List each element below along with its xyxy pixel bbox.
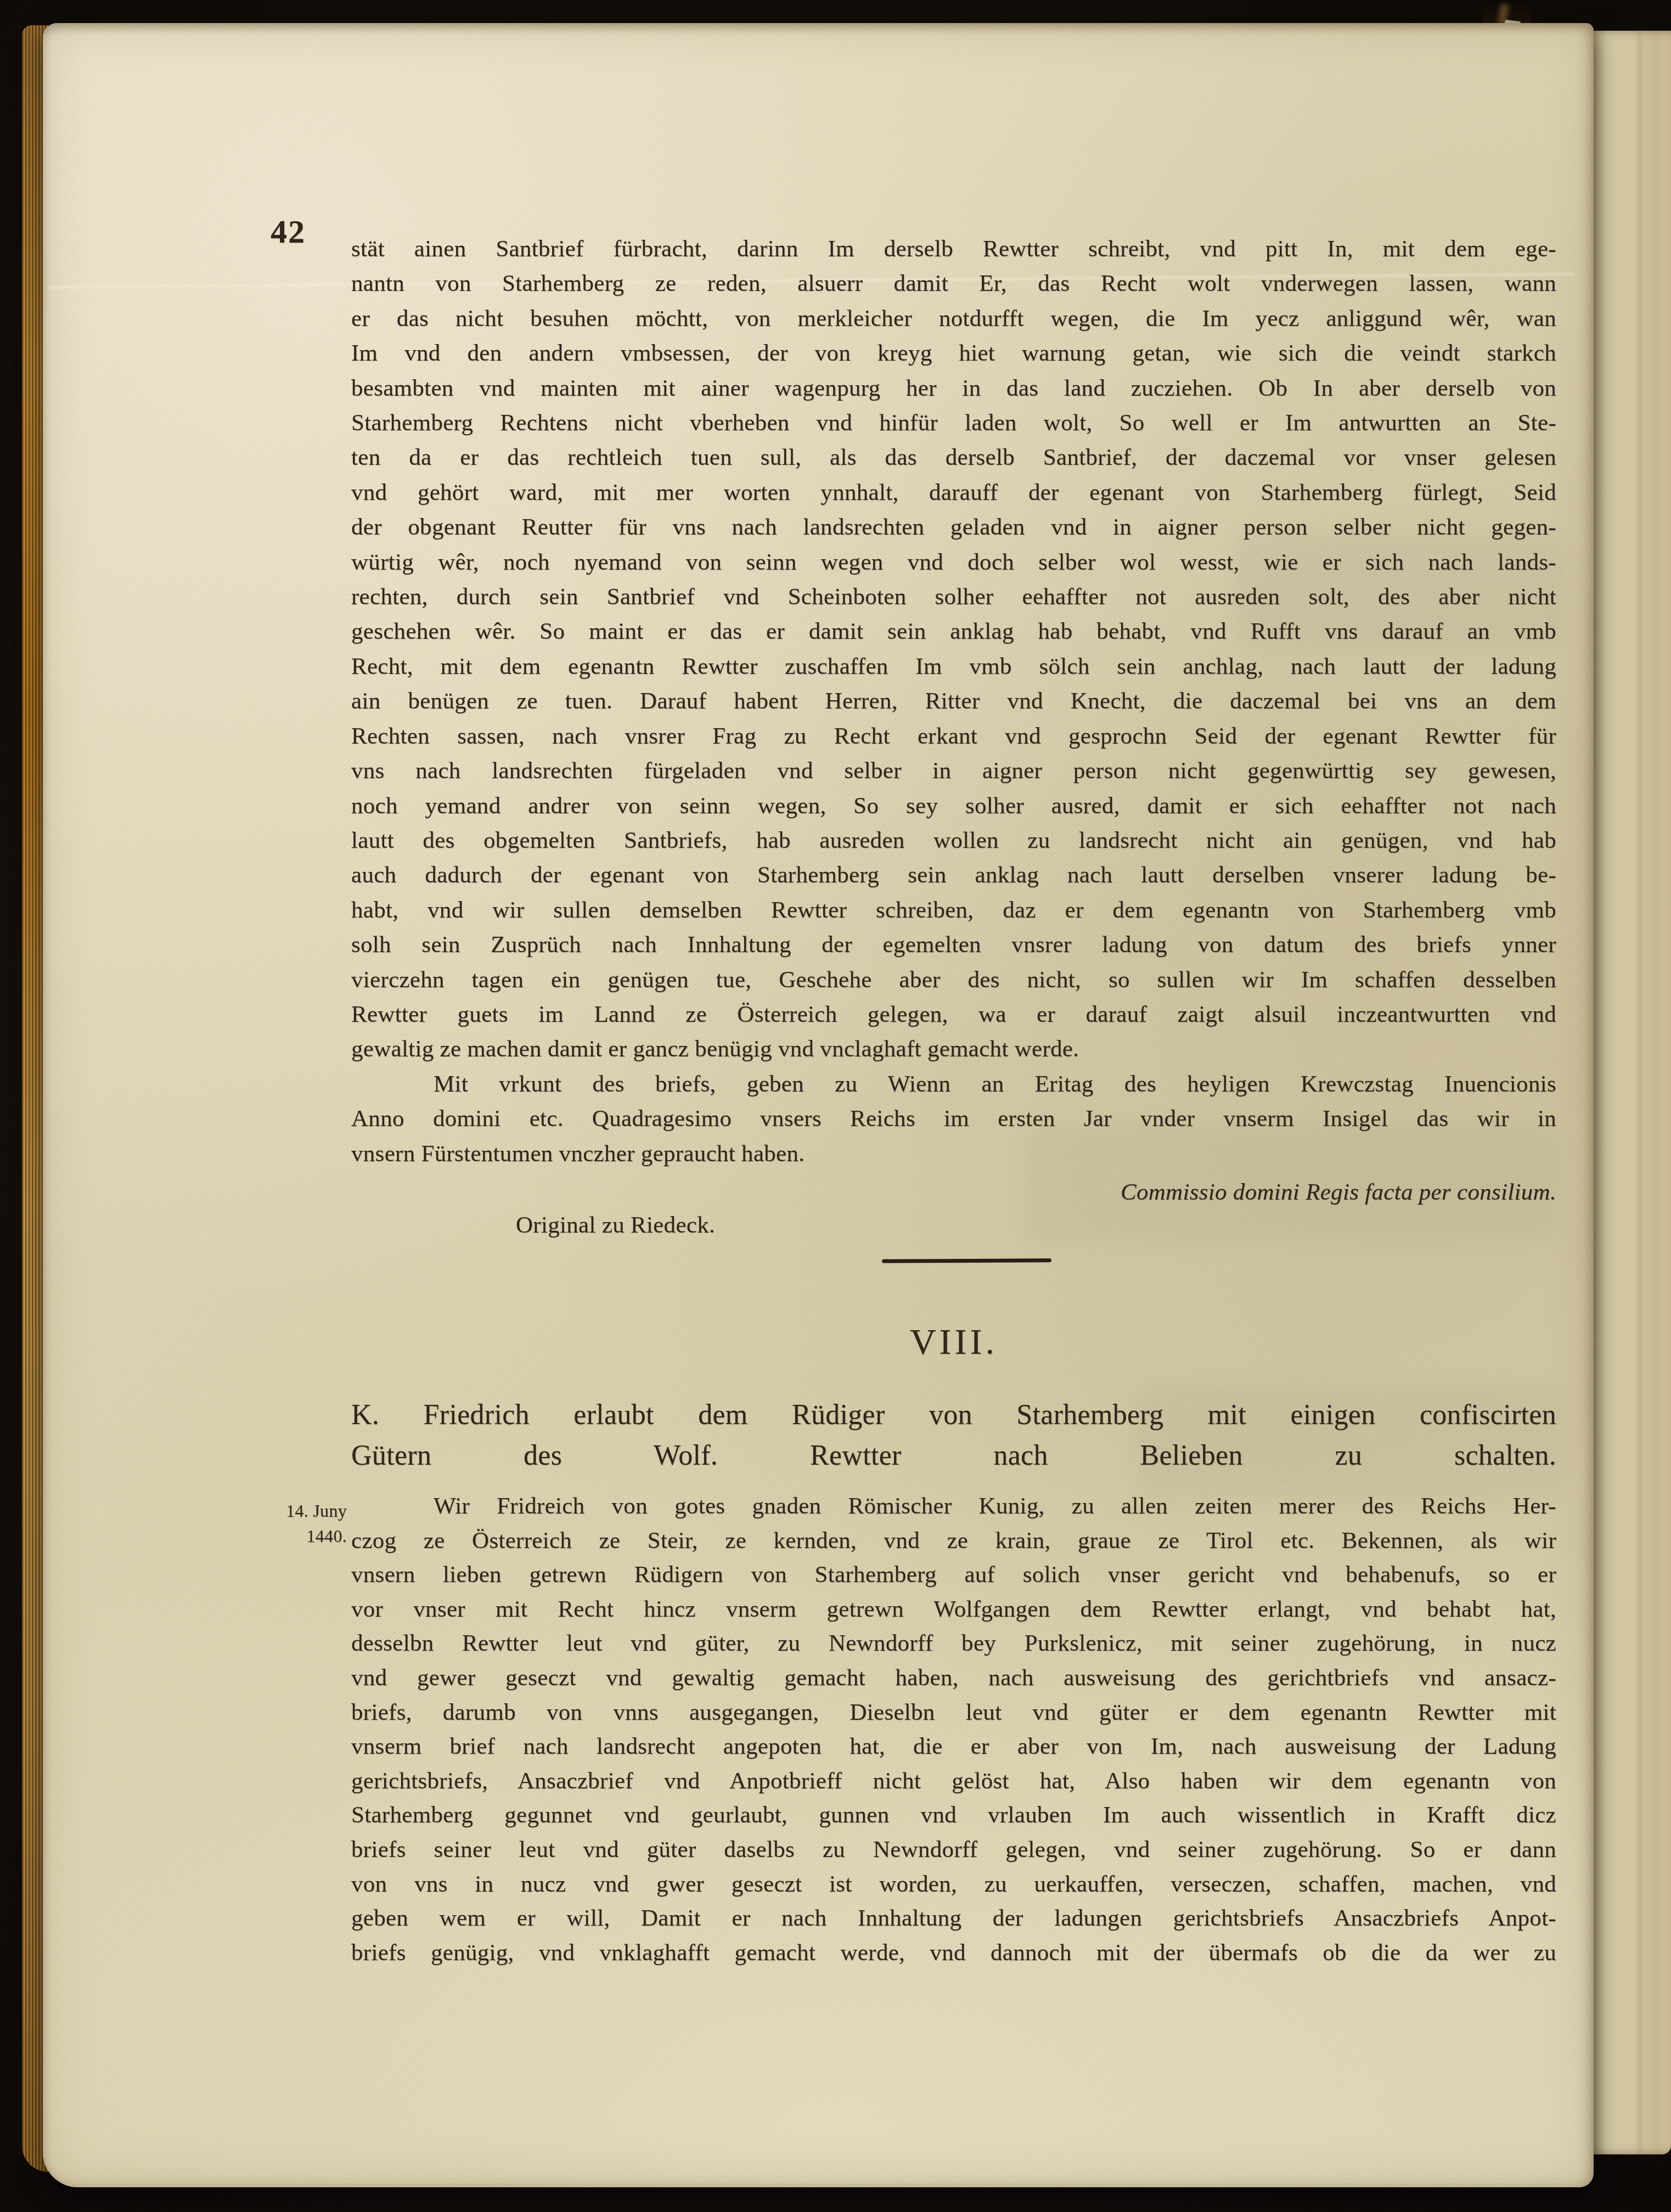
text-line: briefs genügig, vnd vnklaghafft gemacht … — [351, 1936, 1556, 1971]
source-note: Original zu Riedeck. — [516, 1212, 715, 1239]
document-viii-body: Wir Fridreich von gotes gnaden Römischer… — [351, 1489, 1556, 1970]
text-line: Rechten sassen, nach vnsrer Frag zu Rech… — [351, 719, 1556, 753]
text-line: Starhemberg Rechtens nicht vberheben vnd… — [351, 406, 1556, 440]
text-line: 1440. — [250, 1523, 347, 1549]
text-line: Im vnd den andern vmbsessen, der von kre… — [351, 336, 1556, 370]
doc-vii-closing: Mit vrkunt des briefs, geben zu Wienn an… — [351, 1067, 1556, 1171]
text-line: vns nach landsrechten fürgeladen vnd sel… — [351, 753, 1556, 788]
text-line: nantn von Starhemberg ze reden, alsuerr … — [351, 266, 1556, 301]
text-line: Wir Fridreich von gotes gnaden Römischer… — [351, 1489, 1556, 1524]
text-line: stät ainen Santbrief fürbracht, darinn I… — [351, 232, 1556, 266]
book-page: 42 stät ainen Santbrief fürbracht, darin… — [43, 23, 1594, 2187]
text-line: der obgenant Reutter für vns nach landsr… — [351, 510, 1556, 544]
text-line: besambten vnd mainten mit ainer wagenpur… — [351, 371, 1556, 406]
text-line: lautt des obgemelten Santbriefs, hab aus… — [351, 823, 1556, 858]
text-line: von vns in nucz vnd gwer geseczt ist wor… — [351, 1867, 1556, 1902]
margin-date-note: 14. Juny1440. — [250, 1498, 347, 1549]
page-number: 42 — [271, 213, 306, 251]
text-line: rechten, durch sein Santbrief vnd Schein… — [351, 579, 1556, 614]
text-line: Mit vrkunt des briefs, geben zu Wienn an… — [351, 1067, 1556, 1101]
text-line: ten da er das rechtleich tuen sull, als … — [351, 440, 1556, 475]
text-line: vnd gewer geseczt vnd gewaltig gemacht h… — [351, 1661, 1556, 1696]
text-line: Rewtter guets im Lannd ze Österreich gel… — [351, 997, 1556, 1032]
text-line: würtig wêr, noch nyemand von seinn wegen… — [351, 545, 1556, 579]
doc-vii-body: stät ainen Santbrief fürbracht, darinn I… — [351, 232, 1556, 1067]
text-line: gewaltig ze machen damit er gancz benügi… — [351, 1032, 1556, 1066]
text-line: geschehen wêr. So maint er das er damit … — [351, 614, 1556, 649]
document-viii-title: K. Friedrich erlaubt dem Rüdiger von Sta… — [351, 1395, 1556, 1476]
text-line: briefs, darumb von vnns ausgegangen, Die… — [351, 1696, 1556, 1730]
chancery-signature-note: Commissio domini Regis facta per consili… — [351, 1179, 1556, 1206]
text-line: vnsern lieben getrewn Rüdigern von Starh… — [351, 1558, 1556, 1592]
text-line: auch dadurch der egenant von Starhemberg… — [351, 858, 1556, 892]
text-line: habt, vnd wir sullen demselben Rewtter s… — [351, 893, 1556, 927]
text-line: vnserm brief nach landsrecht angepoten h… — [351, 1730, 1556, 1764]
section-number: VIII. — [351, 1321, 1556, 1363]
text-line: geben wem er will, Damit er nach Innhalt… — [351, 1901, 1556, 1936]
text-line: Anno domini etc. Quadragesimo vnsers Rei… — [351, 1101, 1556, 1136]
document-vii-text: stät ainen Santbrief fürbracht, darinn I… — [351, 232, 1556, 1171]
text-line: vnd gehört ward, mit mer worten ynnhalt,… — [351, 475, 1556, 510]
text-line: vnsern Fürstentumen vnczher gepraucht ha… — [351, 1136, 1556, 1171]
text-line: er das nicht besuhen möchtt, von merklei… — [351, 301, 1556, 336]
text-line: Recht, mit dem egenantn Rewtter zuschaff… — [351, 649, 1556, 684]
text-line: Starhemberg gegunnet vnd geurlaubt, gunn… — [351, 1798, 1556, 1833]
scanned-book-photo: 42 stät ainen Santbrief fürbracht, darin… — [0, 0, 1671, 2212]
text-line: solh sein Zusprüch nach Innhaltung der e… — [351, 927, 1556, 962]
text-line: noch yemand andrer von seinn wegen, So s… — [351, 789, 1556, 823]
underlying-page-edge — [1586, 31, 1671, 2154]
section-divider-rule — [882, 1258, 1051, 1263]
text-line: gerichtsbriefs, Ansaczbrief vnd Anpotbri… — [351, 1764, 1556, 1799]
text-line: czog ze Österreich ze Steir, ze kernden,… — [351, 1524, 1556, 1558]
text-line: vierczehn tagen ein genügen tue, Gescheh… — [351, 963, 1556, 997]
text-line: ain benügen ze tuen. Darauf habent Herre… — [351, 684, 1556, 718]
text-line: vor vnser mit Recht hincz vnserm getrewn… — [351, 1592, 1556, 1627]
text-line: 14. Juny — [250, 1498, 347, 1523]
text-line: desselbn Rewtter leut vnd güter, zu Newn… — [351, 1626, 1556, 1661]
text-line: Gütern des Wolf. Rewtter nach Belieben z… — [351, 1436, 1556, 1476]
text-line: briefs seiner leut vnd güter daselbs zu … — [351, 1833, 1556, 1867]
text-line: K. Friedrich erlaubt dem Rüdiger von Sta… — [351, 1395, 1556, 1436]
